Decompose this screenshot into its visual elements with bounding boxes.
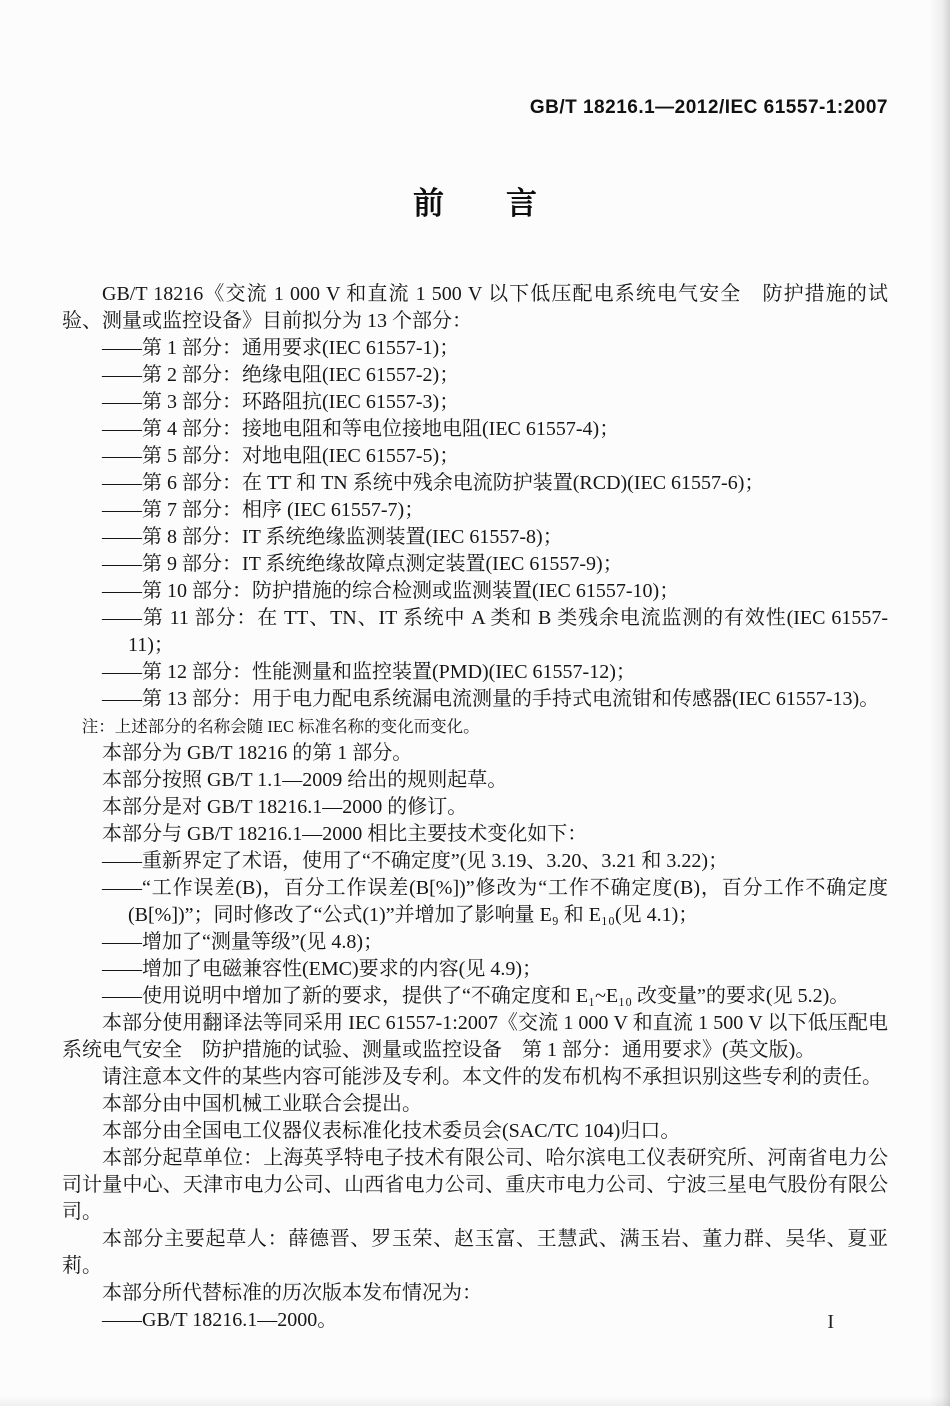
list-item-part-4: ——第 4 部分：接地电阻和等电位接地电阻(IEC 61557-4)； [62, 416, 888, 443]
list-item-part-9: ——第 9 部分：IT 系统绝缘故障点测定装置(IEC 61557-9)； [62, 551, 888, 578]
list-item-part-3: ——第 3 部分：环路阻抗(IEC 61557-3)； [62, 389, 888, 416]
list-item-change-2: ——“工作误差(B)，百分工作误差(B[%])”修改为“工作不确定度(B)，百分… [62, 875, 888, 929]
list-item-part-7: ——第 7 部分：相序 (IEC 61557-7)； [62, 497, 888, 524]
list-item-change-4: ——增加了电磁兼容性(EMC)要求的内容(见 4.9)； [62, 956, 888, 983]
list-item-part-10: ——第 10 部分：防护措施的综合检测或监测装置(IEC 61557-10)； [62, 578, 888, 605]
paragraph-translation: 本部分使用翻译法等同采用 IEC 61557-1:2007《交流 1 000 V… [62, 1010, 888, 1064]
paragraph-part-of: 本部分为 GB/T 18216 的第 1 部分。 [62, 740, 888, 767]
document-page: GB/T 18216.1—2012/IEC 61557-1:2007 前 言 G… [0, 0, 950, 1406]
paragraph-patent: 请注意本文件的某些内容可能涉及专利。本文件的发布机构不承担识别这些专利的责任。 [62, 1064, 888, 1091]
list-item-part-13: ——第 13 部分：用于电力配电系统漏电流测量的手持式电流钳和传感器(IEC 6… [62, 686, 888, 713]
list-item-part-8: ——第 8 部分：IT 系统绝缘监测装置(IEC 61557-8)； [62, 524, 888, 551]
list-item-part-6: ——第 6 部分：在 TT 和 TN 系统中残余电流防护装置(RCD)(IEC … [62, 470, 888, 497]
list-item-part-5: ——第 5 部分：对地电阻(IEC 61557-5)； [62, 443, 888, 470]
paragraph-drafting-rule: 本部分按照 GB/T 1.1—2009 给出的规则起草。 [62, 767, 888, 794]
paragraph-previous-editions: 本部分所代替标准的历次版本发布情况为： [62, 1280, 888, 1307]
page-number: I [827, 1311, 834, 1334]
paragraph-committee: 本部分由全国电工仪器仪表标准化技术委员会(SAC/TC 104)归口。 [62, 1118, 888, 1145]
list-item-change-3: ——增加了“测量等级”(见 4.8)； [62, 929, 888, 956]
note-text: 注：上述部分的名称会随 IEC 标准名称的变化而变化。 [62, 713, 888, 740]
list-item-change-5: ——使用说明中增加了新的要求，提供了“不确定度和 E₁~E₁₀ 改变量”的要求(… [62, 983, 888, 1010]
list-item-change-1: ——重新界定了术语，使用了“不确定度”(见 3.19、3.20、3.21 和 3… [62, 848, 888, 875]
paragraph-drafters: 本部分主要起草人：薛德晋、罗玉荣、赵玉富、王慧武、满玉岩、董力群、吴华、夏亚莉。 [62, 1226, 888, 1280]
document-body: GB/T 18216《交流 1 000 V 和直流 1 500 V 以下低压配电… [62, 281, 888, 1334]
paragraph-intro: GB/T 18216《交流 1 000 V 和直流 1 500 V 以下低压配电… [62, 281, 888, 335]
list-item-part-1: ——第 1 部分：通用要求(IEC 61557-1)； [62, 335, 888, 362]
list-item-part-2: ——第 2 部分：绝缘电阻(IEC 61557-2)； [62, 362, 888, 389]
standard-number-header: GB/T 18216.1—2012/IEC 61557-1:2007 [530, 97, 888, 119]
list-item-part-11: ——第 11 部分：在 TT、TN、IT 系统中 A 类和 B 类残余电流监测的… [62, 605, 888, 659]
list-item-part-12: ——第 12 部分：性能测量和监控装置(PMD)(IEC 61557-12)； [62, 659, 888, 686]
paragraph-revision: 本部分是对 GB/T 18216.1—2000 的修订。 [62, 794, 888, 821]
paragraph-proposed-by: 本部分由中国机械工业联合会提出。 [62, 1091, 888, 1118]
page-title: 前 言 [0, 178, 950, 223]
paragraph-drafting-orgs: 本部分起草单位：上海英孚特电子技术有限公司、哈尔滨电工仪表研究所、河南省电力公司… [62, 1145, 888, 1226]
paragraph-changes-intro: 本部分与 GB/T 18216.1—2000 相比主要技术变化如下： [62, 821, 888, 848]
list-item-previous-edition: ——GB/T 18216.1—2000。 [62, 1307, 888, 1334]
